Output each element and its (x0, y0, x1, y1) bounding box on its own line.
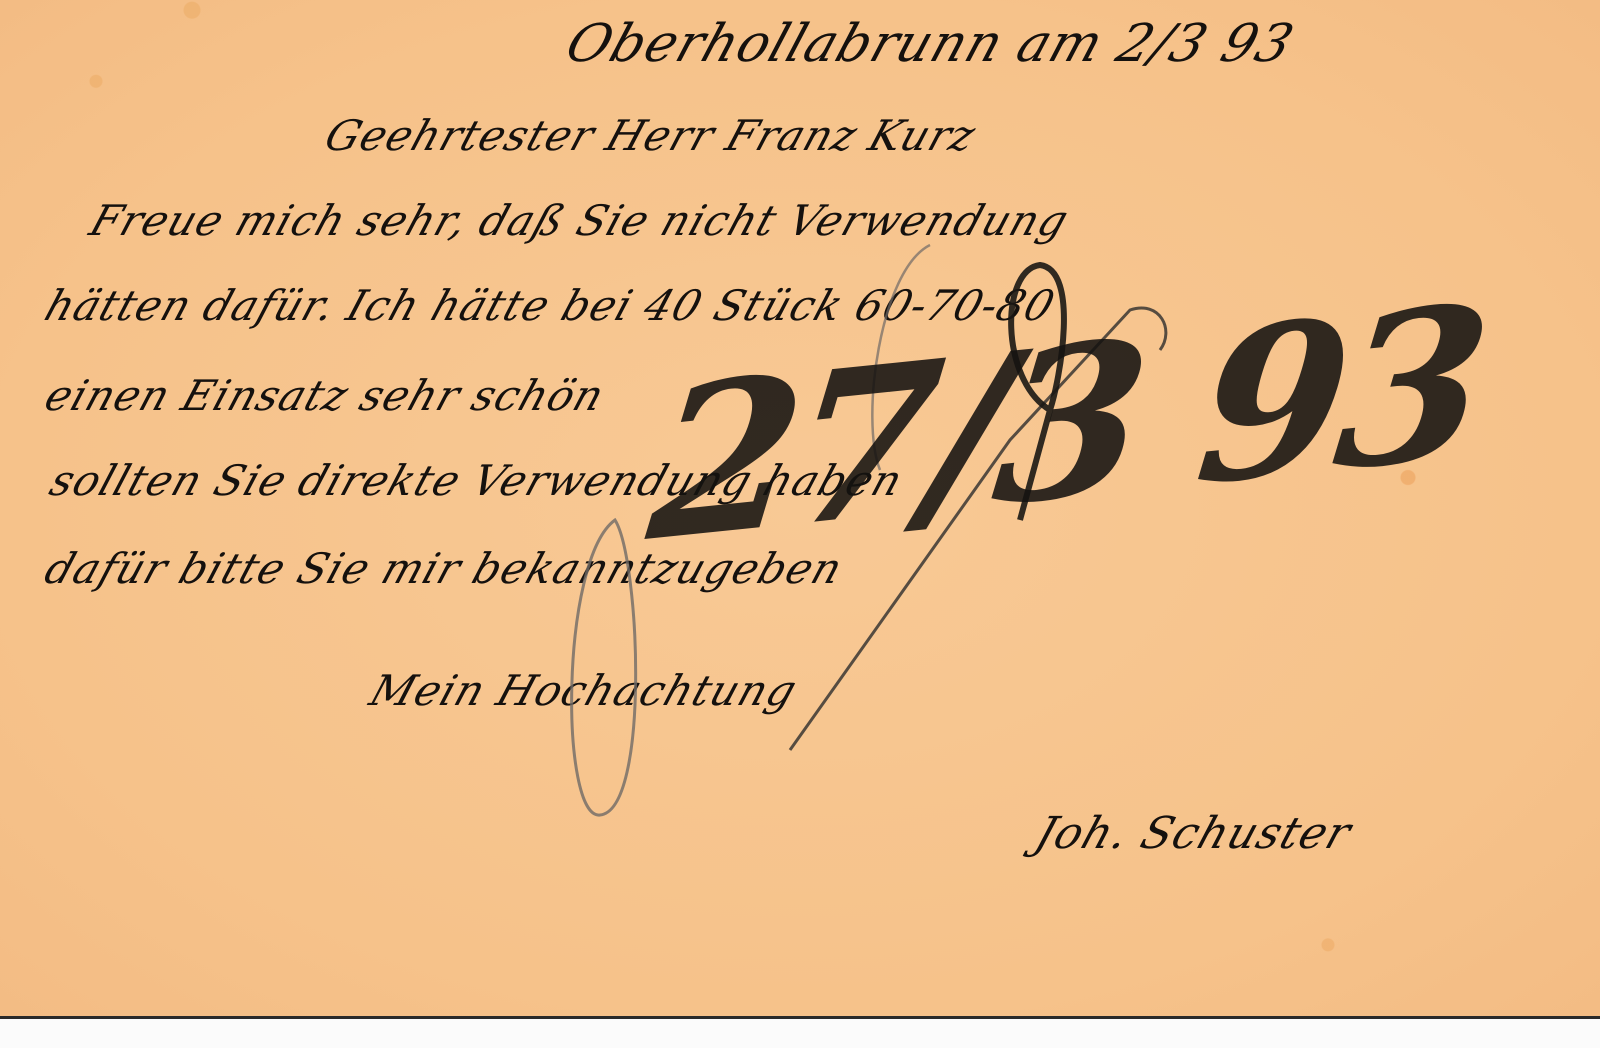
salutation: Geehrtester Herr Franz Kurz (320, 115, 981, 157)
body-line: Freue mich sehr, daß Sie nicht Verwendun… (85, 200, 1074, 242)
postcard: Oberhollabrunn am 2/3 93 Geehrtester Her… (0, 0, 1600, 1019)
body-line: einen Einsatz sehr schön (40, 375, 610, 417)
signature: Joh. Schuster (1030, 812, 1357, 856)
place-date-line: Oberhollabrunn am 2/3 93 (560, 18, 1300, 70)
closing: Mein Hochachtung (365, 670, 802, 712)
